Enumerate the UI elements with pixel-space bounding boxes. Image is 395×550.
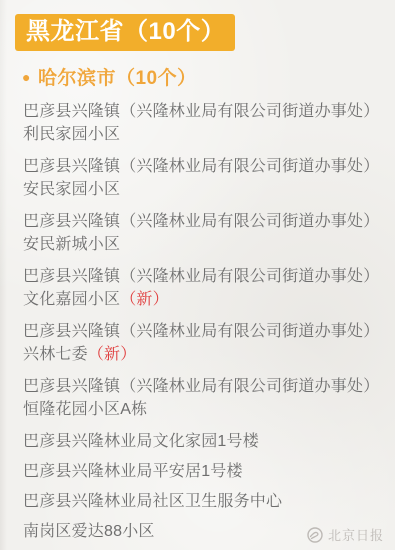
item-community-line: 恒隆花园小区A栋 — [23, 398, 383, 421]
item-org-line: 巴彦县兴隆林业局社区卫生服务中心 — [23, 490, 383, 513]
item-community-line: 安民家园小区 — [23, 178, 383, 201]
watermark-text: 北京日报 — [328, 525, 384, 544]
item-org-line: 巴彦县兴隆镇（兴隆林业局有限公司街道办事处） — [23, 320, 383, 343]
item-org-line: 巴彦县兴隆林业局文化家园1号楼 — [23, 430, 383, 453]
item-community-name: 安民新城小区 — [23, 236, 120, 253]
item-community-name: 恒隆花园小区A栋 — [23, 401, 147, 418]
province-header-bar: 黑龙江省（10个） — [15, 14, 235, 51]
new-badge: （新） — [88, 346, 137, 363]
list-item: 巴彦县兴隆林业局社区卫生服务中心 — [23, 490, 383, 513]
city-header: ● 哈尔滨市（10个） — [22, 63, 395, 90]
item-org-line: 巴彦县兴隆林业局平安居1号楼 — [23, 460, 383, 483]
beijing-daily-logo-icon — [307, 527, 323, 543]
item-community-name: 兴林七委 — [23, 346, 88, 363]
list-item: 巴彦县兴隆镇（兴隆林业局有限公司街道办事处） 兴林七委（新） — [23, 320, 383, 366]
list-item: 巴彦县兴隆镇（兴隆林业局有限公司街道办事处） 文化嘉园小区（新） — [23, 265, 383, 311]
item-community-line: 利民家园小区 — [23, 123, 383, 146]
list-item: 巴彦县兴隆林业局平安居1号楼 — [23, 460, 383, 483]
list-item: 巴彦县兴隆林业局文化家园1号楼 — [23, 430, 383, 453]
list-item: 巴彦县兴隆镇（兴隆林业局有限公司街道办事处） 利民家园小区 — [23, 100, 383, 146]
item-community-name: 文化嘉园小区 — [23, 291, 120, 308]
item-community-name: 利民家园小区 — [23, 126, 120, 143]
list-item: 巴彦县兴隆镇（兴隆林业局有限公司街道办事处） 恒隆花园小区A栋 — [23, 375, 383, 421]
new-badge: （新） — [120, 291, 169, 308]
item-org-line: 巴彦县兴隆镇（兴隆林业局有限公司街道办事处） — [23, 155, 383, 178]
watermark: 北京日报 — [307, 525, 384, 544]
bullet-icon: ● — [22, 70, 31, 84]
item-community-name: 安民家园小区 — [23, 181, 120, 198]
province-title: 黑龙江省（10个） — [26, 18, 225, 45]
item-community-line: 兴林七委（新） — [23, 343, 383, 366]
item-org-line: 巴彦县兴隆镇（兴隆林业局有限公司街道办事处） — [23, 375, 383, 398]
item-org-line: 巴彦县兴隆镇（兴隆林业局有限公司街道办事处） — [23, 265, 383, 288]
item-org-line: 巴彦县兴隆镇（兴隆林业局有限公司街道办事处） — [23, 210, 383, 233]
community-list: 巴彦县兴隆镇（兴隆林业局有限公司街道办事处） 利民家园小区 巴彦县兴隆镇（兴隆林… — [23, 100, 383, 543]
item-community-line: 文化嘉园小区（新） — [23, 288, 383, 311]
item-community-line: 安民新城小区 — [23, 233, 383, 256]
list-item: 巴彦县兴隆镇（兴隆林业局有限公司街道办事处） 安民家园小区 — [23, 155, 383, 201]
list-item: 巴彦县兴隆镇（兴隆林业局有限公司街道办事处） 安民新城小区 — [23, 210, 383, 256]
city-title: 哈尔滨市（10个） — [38, 63, 197, 90]
item-org-line: 巴彦县兴隆镇（兴隆林业局有限公司街道办事处） — [23, 100, 383, 123]
